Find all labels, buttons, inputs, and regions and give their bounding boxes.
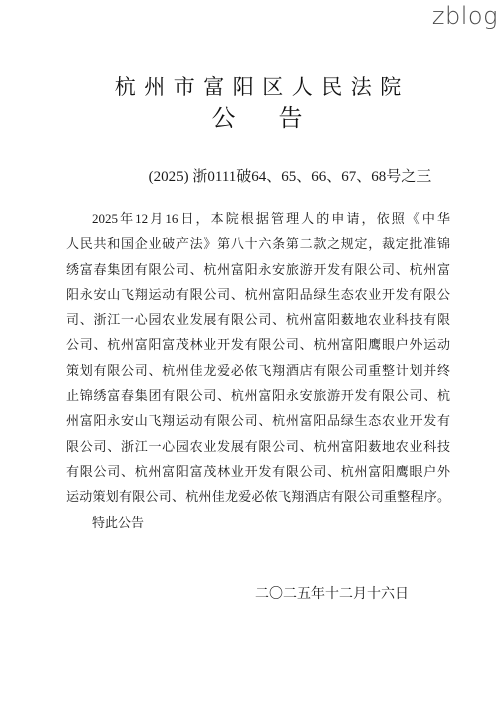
body-line: 州富阳永安山飞翔运动有限公司、杭州富阳品绿生态农业开发有 (66, 408, 450, 433)
body-line: 人民共和国企业破产法》第八十六条第二款之规定，裁定批准锦 (66, 231, 450, 256)
closing-statement: 特此公告 (66, 510, 450, 535)
body-line: 绣富春集团有限公司、杭州富阳永安旅游开发有限公司、杭州富 (66, 257, 450, 282)
announcement-title: 公告 (7, 105, 500, 134)
body-line: 策划有限公司、杭州佳龙爱必侬飞翔酒店有限公司重整计划并终 (66, 358, 450, 383)
document-date: 二〇二五年十二月十六日 (0, 585, 409, 605)
case-number: (2025) 浙0111破64、65、66、67、68号之三 (40, 168, 500, 187)
body-line: 运动策划有限公司、杭州佳龙爱必侬飞翔酒店有限公司重整程序。 (66, 484, 450, 509)
page: zblog 杭州市富阳区人民法院 公告 (2025) 浙0111破64、65、6… (0, 0, 500, 707)
body-line: 公司、杭州富阳富茂林业开发有限公司、杭州富阳鹰眼户外运动 (66, 332, 450, 357)
body-line: 止锦绣富春集团有限公司、杭州富阳永安旅游开发有限公司、杭 (66, 383, 450, 408)
announcement-body: 2025年12月16日，本院根据管理人的申请，依照《中华人民共和国企业破产法》第… (66, 206, 450, 510)
body-line: 阳永安山飞翔运动有限公司、杭州富阳品绿生态农业开发有限公 (66, 282, 450, 307)
zblog-watermark: zblog (432, 2, 498, 30)
body-line: 2025年12月16日，本院根据管理人的申请，依照《中华 (66, 206, 450, 231)
body-line: 限公司、浙江一心园农业发展有限公司、杭州富阳薮地农业科技 (66, 434, 450, 459)
body-line: 司、浙江一心园农业发展有限公司、杭州富阳薮地农业科技有限 (66, 307, 450, 332)
court-name: 杭州市富阳区人民法院 (8, 75, 500, 100)
body-line: 有限公司、杭州富阳富茂林业开发有限公司、杭州富阳鹰眼户外 (66, 459, 450, 484)
